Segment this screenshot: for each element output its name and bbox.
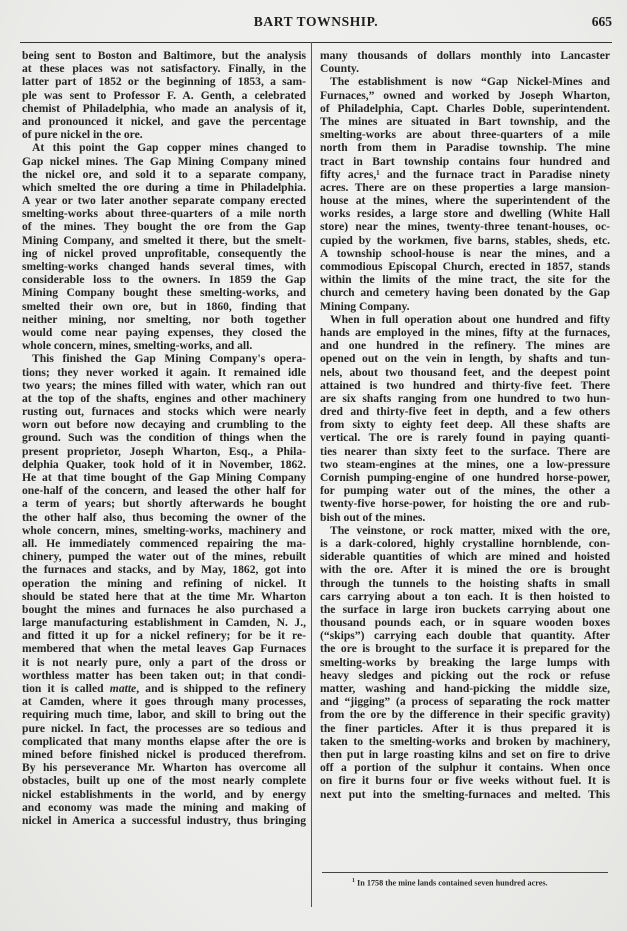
- text-line: delphia Quaker, took hold of it in Novem…: [22, 458, 306, 471]
- text-line: many thousands of dollars monthly into L…: [320, 49, 610, 62]
- text-line: store) near the mines, twenty-three tena…: [320, 220, 610, 233]
- text-line: and pronounced it nickel, and gave the p…: [22, 115, 306, 128]
- text-line: smelting-works about three-quarters of a…: [22, 207, 306, 220]
- footnote-text: In 1758 the mine lands contained seven h…: [357, 879, 548, 888]
- text-line: from sixty to eighty feet deep. All thes…: [320, 418, 610, 431]
- text-line: smelted their own ore, but in 1860, find…: [22, 300, 306, 313]
- text-line: would come near paying expenses, they cl…: [22, 326, 306, 339]
- text-line: then put in large roasting kilns and set…: [320, 748, 610, 761]
- text-line: Mining Company.: [320, 300, 610, 313]
- text-line: for pumping water out of the mines, the …: [320, 484, 610, 497]
- text-line: attained is two hundred and thirty-five …: [320, 379, 610, 392]
- text-line: nickel in America a successful industry,…: [22, 814, 306, 827]
- header-title: BART TOWNSHIP.: [20, 14, 612, 30]
- text-line: Mining Company bought these smelting-wor…: [22, 286, 306, 299]
- text-line: the nickel ore, and sold it to a separat…: [22, 168, 306, 181]
- text-line: thousand pounds each, or in square woode…: [320, 616, 610, 629]
- text-line: large manufacturing establishment in Cam…: [22, 616, 306, 629]
- text-line: worthless matter has been taken out; in …: [22, 669, 306, 682]
- text-line: nickel establishments in the world, and …: [22, 788, 306, 801]
- text-line: ties nearer than sixty feet to the surfa…: [320, 445, 610, 458]
- text-line: considerable loss to the owners. In 1859…: [22, 273, 306, 286]
- text-line: tion it is called matte, and is shipped …: [22, 682, 306, 695]
- text-line: church and cemetery having been donated …: [320, 286, 610, 299]
- text-line: worn out before now decaying and crumbli…: [22, 418, 306, 431]
- text-line: The establishment is now “Gap Nickel-Min…: [320, 75, 610, 88]
- text-line: cupied by the workmen, five barns, stabl…: [320, 234, 610, 247]
- text-line: the furnaces and stacks, and by May, 186…: [22, 563, 306, 576]
- italic-term: matte: [110, 682, 136, 695]
- text-line: The veinstone, or rock matter, mixed wit…: [320, 524, 610, 537]
- text-line: the ore is brought to the surface it is …: [320, 642, 610, 655]
- text-line: should be stated here that at the time M…: [22, 590, 306, 603]
- header-rule: [20, 42, 612, 43]
- text-line: taken to the smelting-works and broken b…: [320, 735, 610, 748]
- text-line: pure nickel. In fact, the processes are …: [22, 722, 306, 735]
- text-line: neither mining, nor smelting, nor both t…: [22, 313, 306, 326]
- text-line: whole concern, mines, smelting-works, ma…: [22, 524, 306, 537]
- footnote: 1 In 1758 the mine lands contained seven…: [352, 878, 548, 888]
- text-line: membered that when the metal leaves Gap …: [22, 642, 306, 655]
- text-line: This finished the Gap Mining Company's o…: [22, 352, 306, 365]
- text-line: nels, about two thousand feet, and the d…: [320, 366, 610, 379]
- text-line: chemist of Philadelphia, who made an ana…: [22, 102, 306, 115]
- text-line: By his perseverance Mr. Wharton has over…: [22, 761, 306, 774]
- running-header: BART TOWNSHIP. 665: [20, 14, 612, 34]
- text-line: a term of years; but shortly afterwards …: [22, 497, 306, 510]
- text-line: next put into the smelting-furnaces and …: [320, 788, 610, 801]
- text-line: Mining Company, and smelted it there, bu…: [22, 234, 306, 247]
- text-line: requiring much time, labor, and skill to…: [22, 708, 306, 721]
- text-line: whole concern, mines, smelting-works, an…: [22, 339, 306, 352]
- text-line: works resides, a large store and dwellin…: [320, 207, 610, 220]
- text-line: Gap nickel mines. The Gap Mining Company…: [22, 155, 306, 168]
- text-line: A year or two later another separate com…: [22, 194, 306, 207]
- text-line: ground. Such was the condition of things…: [22, 431, 306, 444]
- footnote-marker: 1: [352, 878, 355, 884]
- text-line: dred and thirty-five feet in depth, and …: [320, 405, 610, 418]
- text-line: smelting-works changed hands several tim…: [22, 260, 306, 273]
- right-column: many thousands of dollars monthly into L…: [320, 49, 610, 801]
- book-page: BART TOWNSHIP. 665 being sent to Boston …: [0, 0, 627, 931]
- text-line: County.: [320, 62, 610, 75]
- text-line: opened out on the vein in length, by sha…: [320, 352, 610, 365]
- text-line: cars carrying about a ton each. It is th…: [320, 590, 610, 603]
- text-line: of the mines. They bought the ore from t…: [22, 220, 306, 233]
- text-line: Furnaces,” owned and worked by Joseph Wh…: [320, 89, 610, 102]
- text-line: at the top of the shafts, engines and ot…: [22, 392, 306, 405]
- text-line: commodious Episcopal Church, erected in …: [320, 260, 610, 273]
- text-line: vertical. The ore is rarely found in pay…: [320, 431, 610, 444]
- text-line: the surface in large iron buckets carryi…: [320, 603, 610, 616]
- text-line: The mines are situated in Bart township,…: [320, 115, 610, 128]
- page-number: 665: [592, 14, 612, 30]
- text-line: chinery, pumped the water out of the min…: [22, 550, 306, 563]
- text-line: is a dark-colored, highly crystalline ho…: [320, 537, 610, 550]
- column-divider: [311, 42, 312, 907]
- text-line: and economy was made the mining and maki…: [22, 801, 306, 814]
- text-line: and one hundred in the refinery. The min…: [320, 339, 610, 352]
- text-line: it is not nearly pure, only a part of th…: [22, 656, 306, 669]
- text-line: mined before finished nickel is produced…: [22, 748, 306, 761]
- text-line: acres. There are on these properties a l…: [320, 181, 610, 194]
- text-line: smelting-works are about three-quarters …: [320, 128, 610, 141]
- text-line: from the ore by the difference in their …: [320, 708, 610, 721]
- text-line: When in full operation about one hundred…: [320, 313, 610, 326]
- text-line: smelting-works by breaking the large lum…: [320, 656, 610, 669]
- text-line: which smelted the ore during a time in P…: [22, 181, 306, 194]
- text-line: obstacles, built up one of the most near…: [22, 774, 306, 787]
- text-line: tions; they never worked it again. It re…: [22, 366, 306, 379]
- text-line: present proprietor, Joseph Wharton, Esq.…: [22, 445, 306, 458]
- text-line: tract in Bart township contains four hun…: [320, 155, 610, 168]
- text-line: at these places was not satisfactory. Fi…: [22, 62, 306, 75]
- text-line: hands are employed in the mines, fifty a…: [320, 326, 610, 339]
- text-line: the finer particles. After it is thus pr…: [320, 722, 610, 735]
- text-line: are six shafts ranging from one hundred …: [320, 392, 610, 405]
- text-line: of pure nickel in the ore.: [22, 128, 306, 141]
- text-line: A township school-house is near the mine…: [320, 247, 610, 260]
- text-line: being sent to Boston and Baltimore, but …: [22, 49, 306, 62]
- text-line: and “jigging” (a process of separating t…: [320, 695, 610, 708]
- text-line: off a portion of the sulphur it contains…: [320, 761, 610, 774]
- text-line: all. He immediately commenced repairing …: [22, 537, 306, 550]
- left-column: being sent to Boston and Baltimore, but …: [22, 49, 306, 827]
- text-line: bish out of the mines.: [320, 511, 610, 524]
- text-line: house at the mines, where the superinten…: [320, 194, 610, 207]
- text-line: on fire it burns four or five weeks with…: [320, 774, 610, 787]
- text-line: through the tunnels to the hoisting shaf…: [320, 577, 610, 590]
- text-line: rusting out, furnaces and stocks which w…: [22, 405, 306, 418]
- text-line: of Philadelphia, Capt. Charles Doble, su…: [320, 102, 610, 115]
- text-line: one-half of the concern, and leased the …: [22, 484, 306, 497]
- text-line: with the ore. After it is mined the ore …: [320, 563, 610, 576]
- text-line: ing of nickel proved unprofitable, conse…: [22, 247, 306, 260]
- text-line: matter, washing and hand-picking the mid…: [320, 682, 610, 695]
- text-line: (“skips”) carrying each double that quan…: [320, 629, 610, 642]
- text-line: two steam-engines at the mines, one a lo…: [320, 458, 610, 471]
- text-line: heavy sledges and picking out the rock o…: [320, 669, 610, 682]
- text-line: and fitted it up for a nickel refinery; …: [22, 629, 306, 642]
- text-line: operation the mining and refining of nic…: [22, 577, 306, 590]
- text-line: within the limits of the mine tract, the…: [320, 273, 610, 286]
- text-line: twenty-five horse-power, for hoisting th…: [320, 497, 610, 510]
- text-line: at Camden, where it goes through many pr…: [22, 695, 306, 708]
- text-line: He at that time bought of the Gap Mining…: [22, 471, 306, 484]
- text-line: complicated that many months elapse afte…: [22, 735, 306, 748]
- text-line: north from them in Paradise township. Th…: [320, 141, 610, 154]
- text-line: bought the mines and furnaces he also pu…: [22, 603, 306, 616]
- text-line: Cornish pumping-engine of one hundred ho…: [320, 471, 610, 484]
- text-line: ple was sent to Professor F. A. Genth, a…: [22, 89, 306, 102]
- text-line: latter part of 1852 or the beginning of …: [22, 75, 306, 88]
- footnote-rule: [322, 872, 608, 873]
- text-line: At this point the Gap copper mines chang…: [22, 141, 306, 154]
- text-line: two years; the mines filled with water, …: [22, 379, 306, 392]
- text-line: fifty acres,¹ and the furnace tract in P…: [320, 168, 610, 181]
- text-line: siderable quantities of which are mined …: [320, 550, 610, 563]
- text-line: the other half also, thus becoming the o…: [22, 511, 306, 524]
